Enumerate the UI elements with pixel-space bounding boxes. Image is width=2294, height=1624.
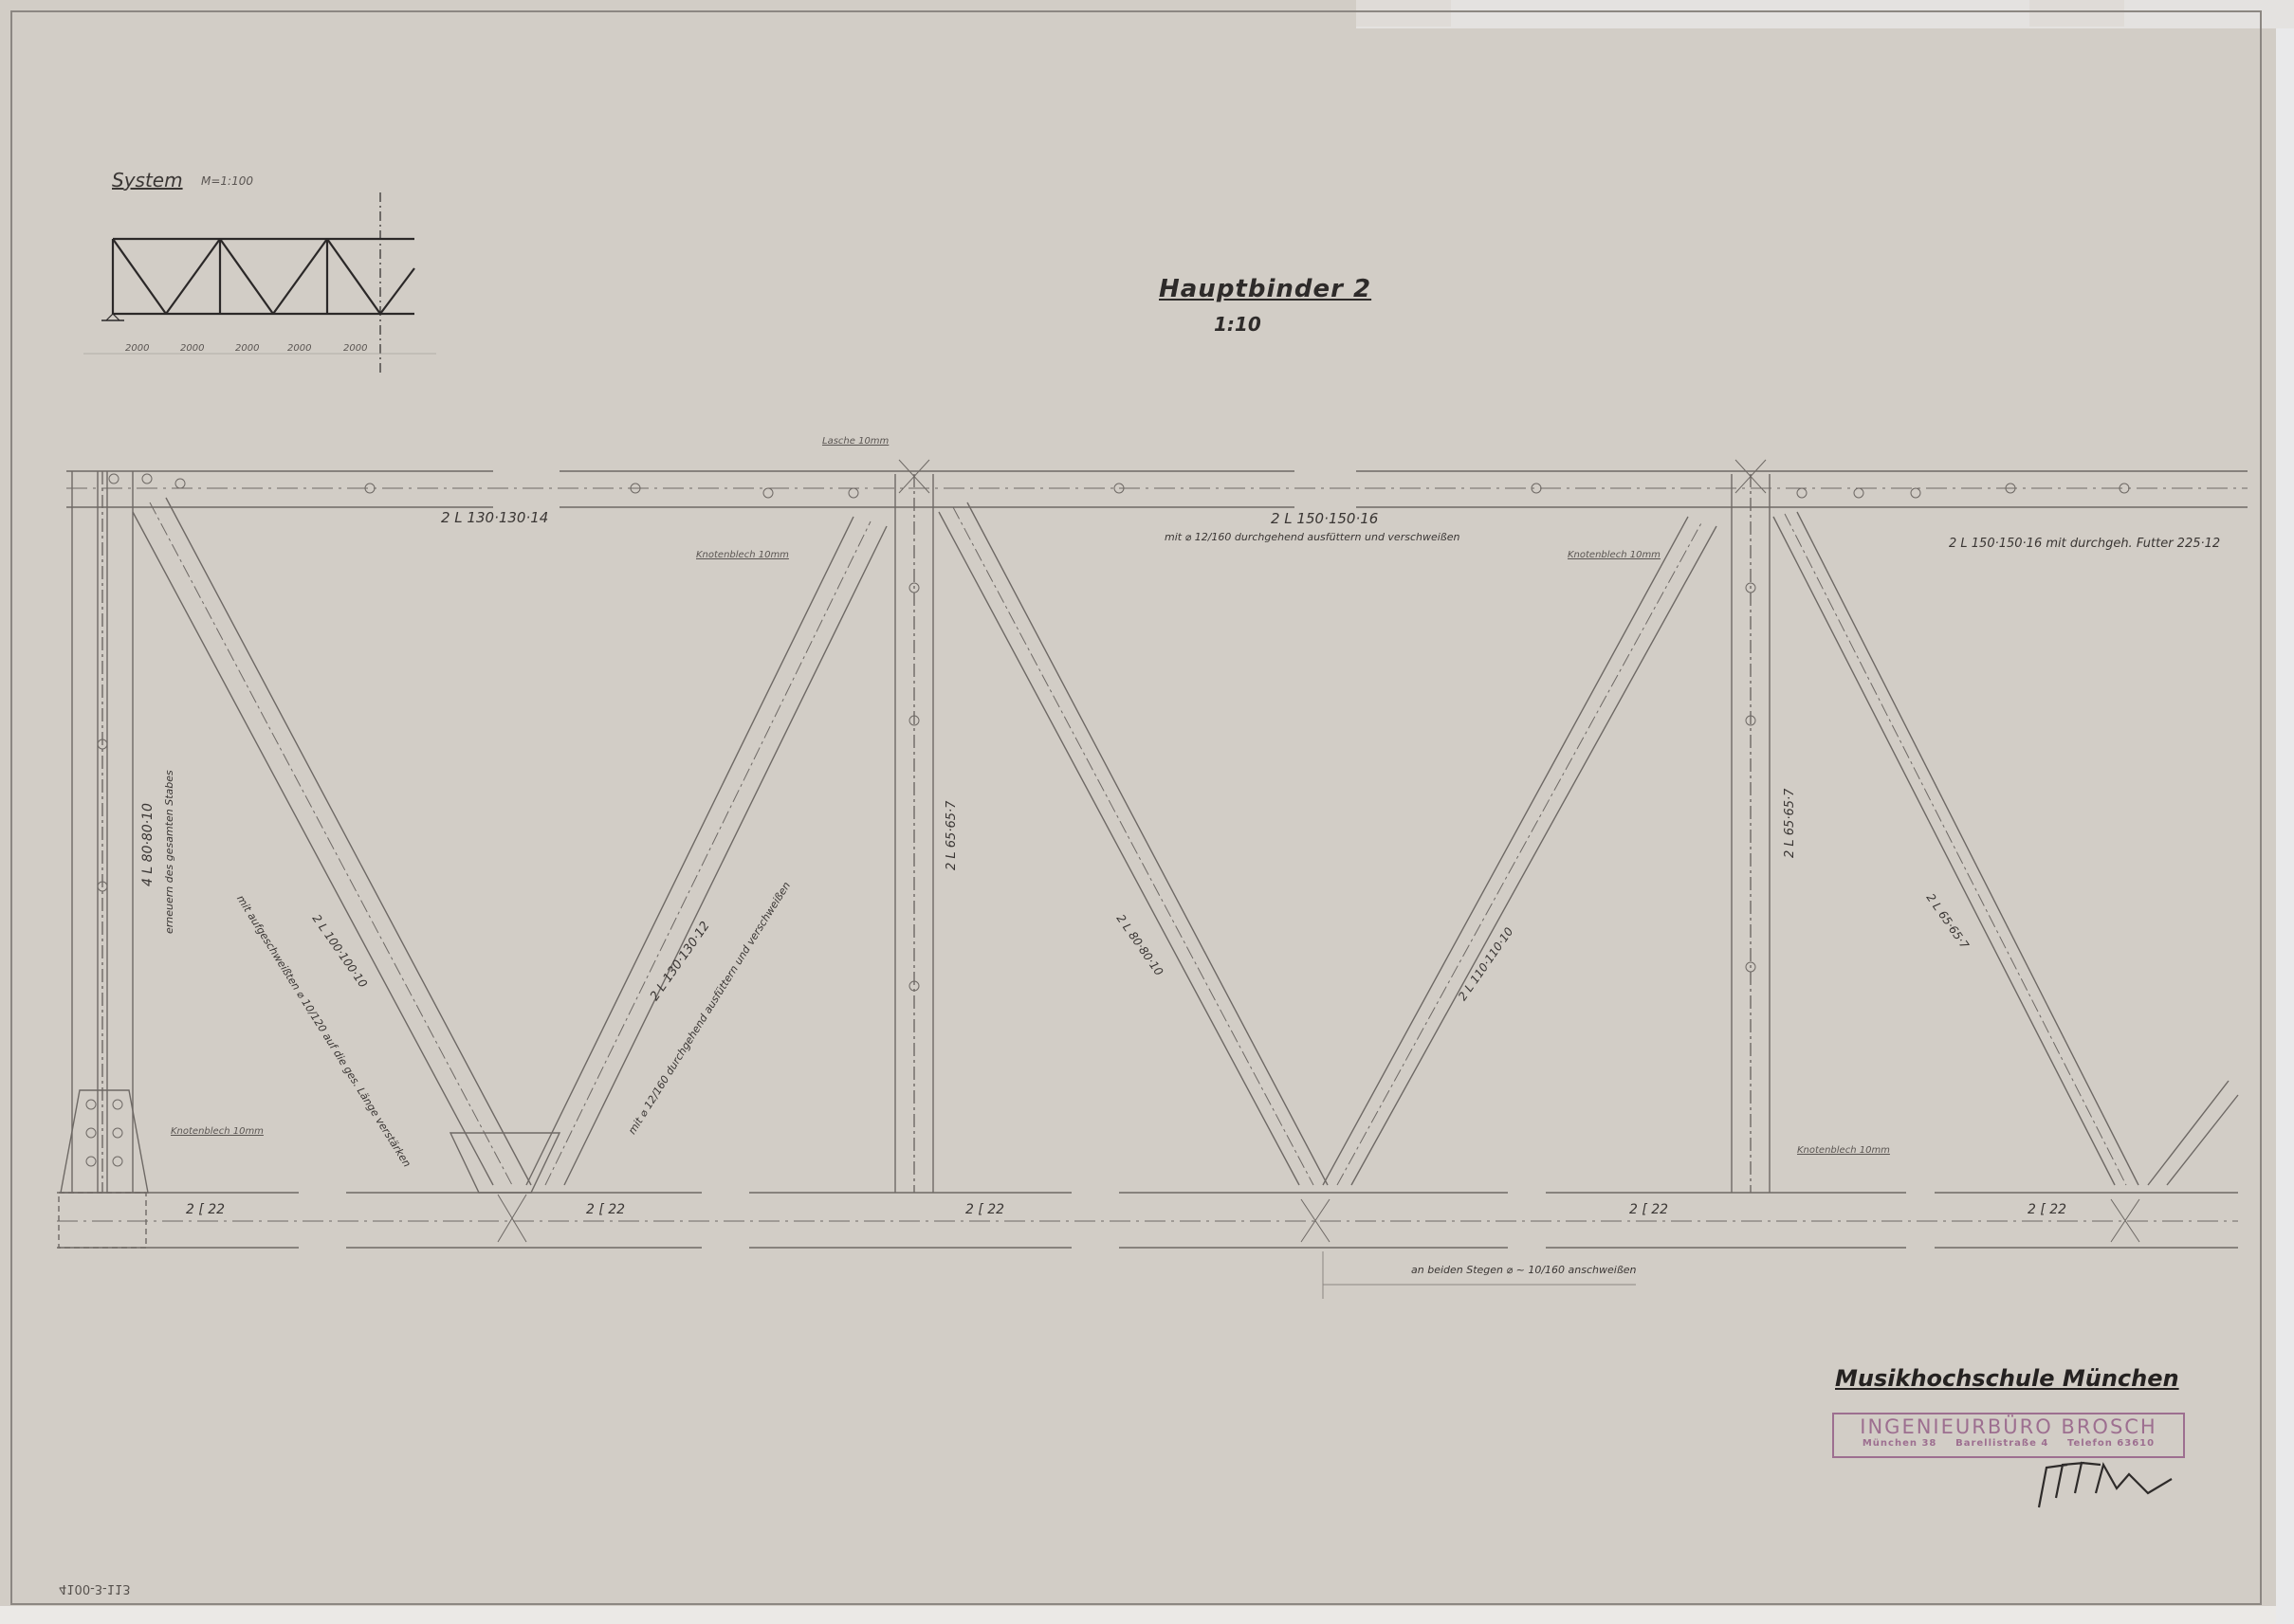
vertical-label: 2 L 65·65·7 [945,801,959,870]
office-phone: Telefon 63610 [2067,1438,2155,1449]
system-scale: M=1:100 [201,174,253,188]
gusset-label: Knotenblech 10mm [1568,550,1661,560]
span-dimension: 2000 [125,343,149,354]
project-name: Musikhochschule München [1835,1365,2179,1392]
top-chord-middle-note: mit ⌀ 12/160 durchgehend ausfüttern und … [1165,531,1459,543]
bottom-chord-label: 2 [ 22 [1629,1202,1668,1217]
office-city: München 38 [1863,1438,1937,1449]
end-post-label: 4 L 80·80·10 [140,803,156,886]
system-title: System [112,169,183,192]
rivets [86,474,2129,1166]
bottom-chord-label: 2 [ 22 [2028,1202,2066,1217]
diagonals [133,498,2238,1193]
drawing-title: Hauptbinder 2 [1159,275,1371,303]
node-markers [498,460,2139,1242]
bottom-chord-label: 2 [ 22 [186,1202,225,1217]
drawing-scale: 1:10 [1214,313,1261,336]
office-name: INGENIEURBÜRO BROSCH [1834,1415,2183,1438]
span-dimension: 2000 [180,343,204,354]
vertical-label: 2 L 65·65·7 [1783,789,1797,858]
top-chord-middle-label: 2 L 150·150·16 [1271,510,1378,527]
office-stamp: INGENIEURBÜRO BROSCH München 38 Barellis… [1832,1413,2185,1458]
splice-plate-label: Lasche 10mm [822,436,889,447]
end-post-note: erneuern des gesamten Stabes [163,770,175,934]
span-dimension: 2000 [235,343,259,354]
span-dimension: 2000 [287,343,311,354]
gusset-label: Knotenblech 10mm [696,550,789,560]
gusset-label: Knotenblech 10mm [171,1126,264,1137]
verticals [895,474,1770,1193]
end-post [61,471,148,1193]
gusset-label: Knotenblech 10mm [1797,1145,1890,1156]
office-street: Barellistraße 4 [1955,1438,2048,1449]
top-chord [66,471,2248,507]
drawing-sheet: System M=1:100 2000 2000 2000 2000 2000 … [0,0,2276,1616]
scan-edge [0,1606,2276,1624]
archive-number: 4100-3-113 [59,1581,131,1596]
top-chord-right-label: 2 L 150·150·16 mit durchgeh. Futter 225·… [1949,537,2220,551]
bottom-chord-note: an beiden Stegen ⌀ ~ 10/160 anschweißen [1411,1264,1637,1276]
span-dimension: 2000 [343,343,367,354]
signature [2039,1463,2172,1507]
bottom-chord-label: 2 [ 22 [965,1202,1004,1217]
bottom-chord-label: 2 [ 22 [586,1202,625,1217]
bottom-chord [57,1193,2238,1248]
top-chord-left-label: 2 L 130·130·14 [441,509,548,526]
